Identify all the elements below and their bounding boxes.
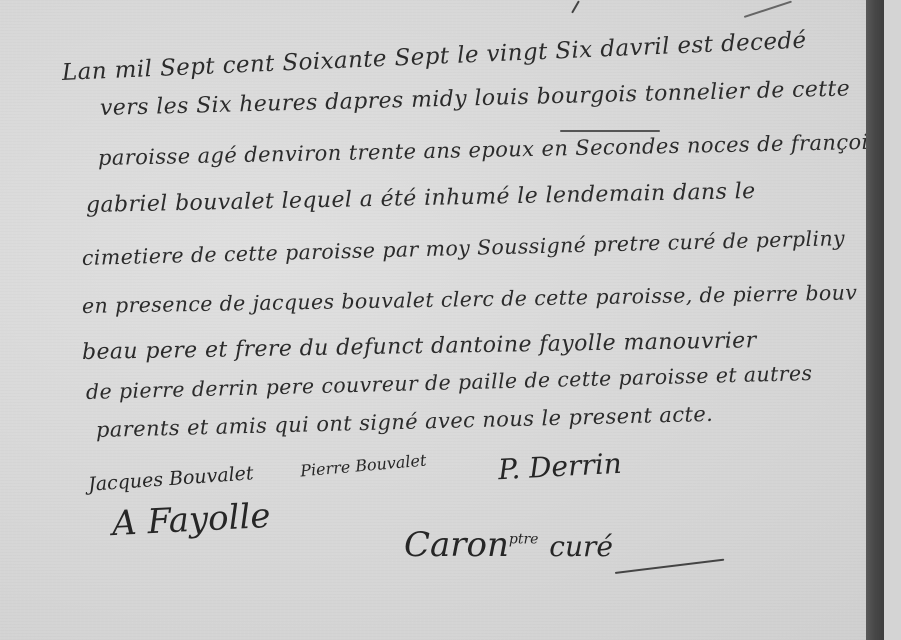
- signature-a-fayolle: A Fayolle: [111, 496, 271, 544]
- signature-p-derrin: P. Derrin: [497, 447, 622, 486]
- signature-jacques-bouvalet: Jacques Bouvalet: [87, 462, 254, 496]
- curate-title-sup: ptre: [509, 532, 539, 548]
- ink-stroke-top-left: [571, 0, 580, 13]
- record-line-9: parents et amis qui ont signé avec nous …: [96, 402, 714, 442]
- signature-curate: Caronptre curé: [404, 525, 613, 565]
- record-line-4: gabriel bouvalet lequel a été inhumé le …: [86, 179, 756, 218]
- right-margin: [884, 0, 901, 640]
- underline-bourgois: [560, 130, 660, 132]
- record-line-5: cimetiere de cette paroisse par moy Sous…: [82, 226, 846, 270]
- record-line-3: paroisse agé denviron trente ans epoux e…: [98, 129, 893, 170]
- record-line-2: vers les Six heures dapres midy louis bo…: [100, 76, 851, 121]
- signature-flourish: [615, 559, 724, 574]
- curate-title: curé: [549, 530, 613, 563]
- binding-edge: [866, 0, 884, 640]
- signature-pierre-bouvalet: Pierre Bouvalet: [299, 451, 427, 481]
- record-line-1: Lan mil Sept cent Soixante Sept le vingt…: [61, 28, 807, 86]
- document-page: Lan mil Sept cent Soixante Sept le vingt…: [0, 0, 901, 640]
- record-line-7: beau pere et frere du defunct dantoine f…: [82, 328, 757, 365]
- record-line-8: de pierre derrin pere couvreur de paille…: [86, 361, 813, 404]
- record-line-6: en presence de jacques bouvalet clerc de…: [82, 280, 858, 318]
- ink-stroke-top-right: [744, 1, 792, 18]
- curate-name: Caron: [404, 525, 509, 565]
